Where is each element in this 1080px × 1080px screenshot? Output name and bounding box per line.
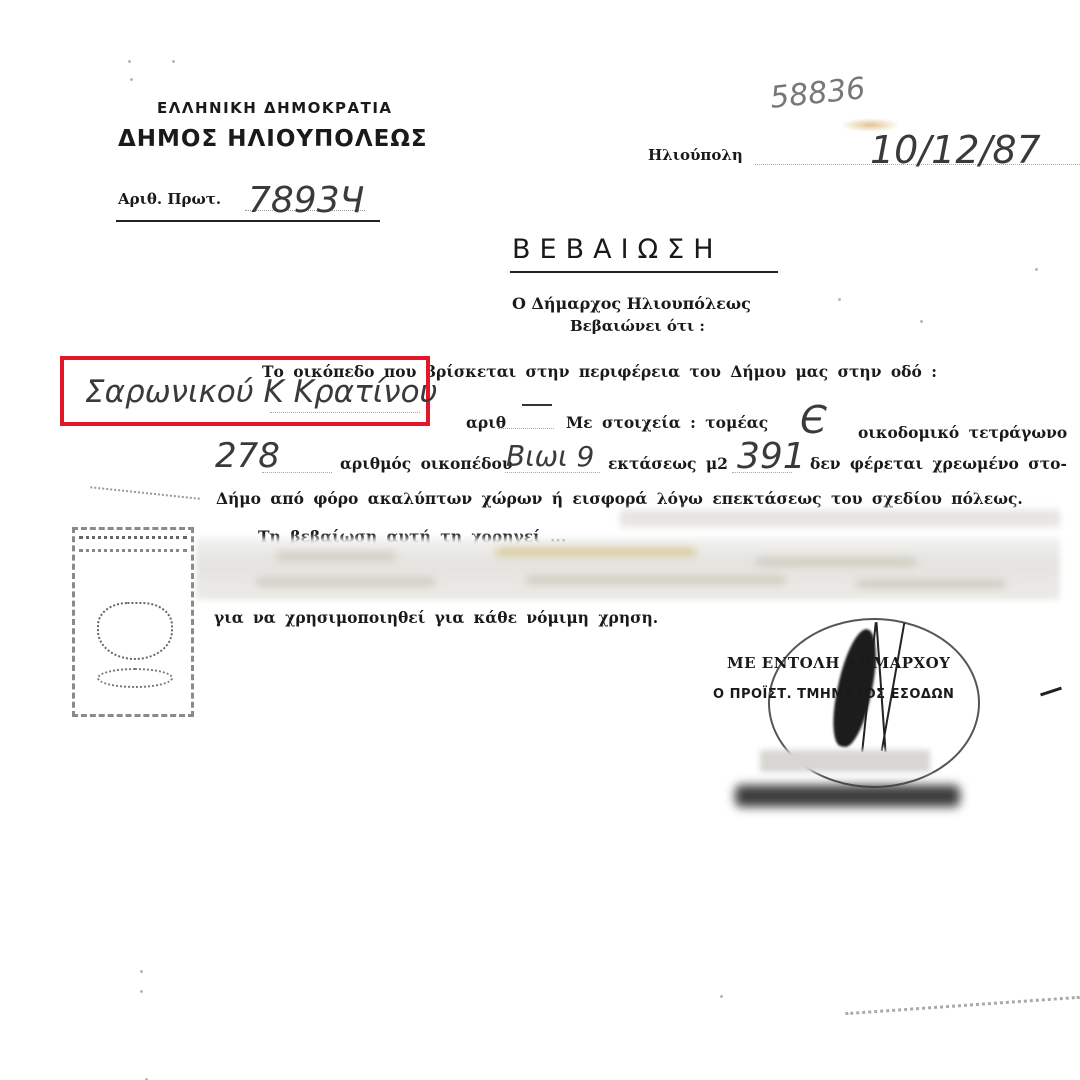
scan-speck [128,60,131,63]
plot-value: Βιωι 9 [506,440,594,473]
certifies-line: Βεβαιώνει ότι : [570,317,705,335]
plot-dotted-line [505,472,600,473]
protocol-number: 7893Ч [248,180,364,221]
redacted-signatory-name [735,785,960,807]
scan-speck [140,970,143,973]
title-underline [510,271,778,273]
street-handwritten: Σαρωνικού Κ Κρατίνου [85,374,438,410]
stamp-band [79,536,187,552]
protocol-label: Αριθ. Πρωτ. [118,190,221,208]
stamp-value-oval [97,668,173,688]
area-dotted-line [732,472,792,473]
block-label: οικοδομικό τετράγωνο [858,423,1067,442]
plot-label: αριθμός οικοπέδου [340,454,513,473]
redaction-blur [196,538,1060,600]
revenue-stamp [72,527,194,717]
mayor-line: Ο Δήμαρχος Ηλιουπόλεως [512,294,751,313]
pen-mark [1040,687,1062,697]
by-order-line: ΜΕ ΕΝΤΟΛΗ ΔΗΜΑΡΧΟΥ [727,654,950,672]
area-label: εκτάσεως μ2 [608,454,728,473]
protocol-underline [116,220,380,222]
scan-smudge [845,996,1080,1015]
body-line-4: Δήμο από φόρο ακαλύπτων χώρων ή εισφορά … [216,489,1023,508]
scan-speck [920,320,923,323]
scan-speck [720,995,723,998]
scan-speck [838,298,841,301]
body-line-6: για να χρησιμοποιηθεί για κάθε νόμιμη χρ… [214,608,658,627]
number-dotted-line [498,428,554,429]
street-dotted-line [270,412,420,413]
department-head-line: Ο ΠΡΟΪΣΤ. ΤΜΗΜΑΤΟΣ ΕΣΟΔΩΝ [713,687,954,702]
scan-speck [172,60,175,63]
stamp-number: 58836 [768,71,867,116]
document-title: ΒΕΒΑΙΩΣΗ [512,234,723,265]
urn-emblem-icon [97,602,173,660]
issue-date: 10/12/87 [870,128,1041,172]
republic-heading: ΕΛΛΗΝΙΚΗ ΔΗΜΟΚΡΑΤΙΑ [157,99,393,117]
redaction-blur [620,508,1060,528]
stamp-scribble [90,486,200,499]
place-label: Ηλιούπολη [648,146,743,164]
block-value: 278 [215,436,280,476]
number-label: αριθ [466,413,506,432]
block-dotted-line [262,472,332,473]
details-label: Με στοιχεία : τομέας [566,413,768,432]
scan-speck [130,78,133,81]
scan-speck [140,990,143,993]
scan-speck [1035,268,1038,271]
municipality-heading: ΔΗΜΟΣ ΗΛΙΟΥΠΟΛΕΩΣ [118,126,428,152]
debt-statement-start: δεν φέρεται χρεωμένο στο- [810,454,1067,473]
redaction-blur [760,750,930,772]
area-value: 391 [737,436,806,477]
number-value-dash [522,404,552,406]
